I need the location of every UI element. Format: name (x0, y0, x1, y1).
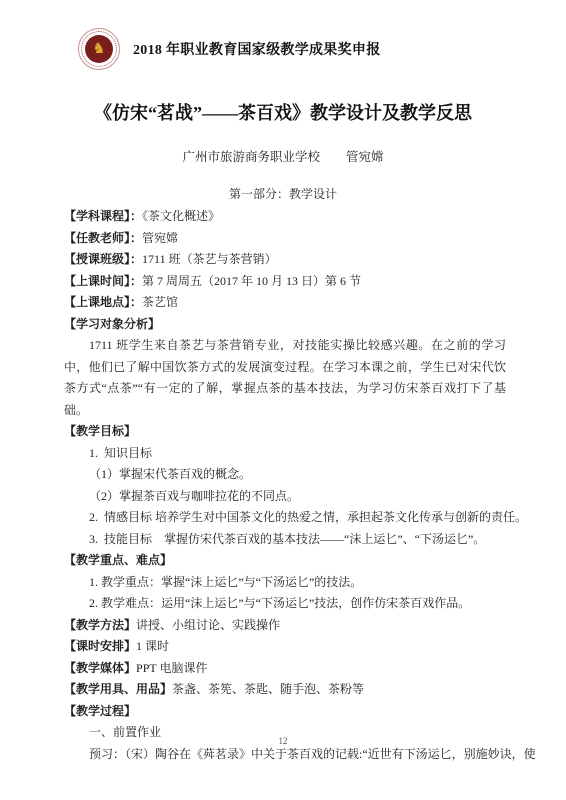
body-line: 【教学目标】 (64, 421, 506, 443)
bracket-label: 【课时安排】 (64, 639, 136, 653)
meta-line: 【上课地点】：茶艺馆 (64, 292, 506, 314)
analysis-paragraph: 1711 班学生来自茶艺与茶营销专业，对技能实操比较感兴趣。在之前的学习中，他们… (64, 335, 506, 421)
body-line: 【教学重点、难点】 (64, 550, 506, 572)
body-line: （2）掌握茶百戏与咖啡拉花的不同点。 (64, 486, 506, 508)
document-page: ♞ 2018 年职业教育国家级教学成果奖申报 《仿宋“茗战”——茶百戏》教学设计… (0, 0, 566, 800)
bracket-label: 【教学过程】 (64, 704, 136, 718)
page-number: 12 (0, 736, 566, 746)
line-text: 1. 知识目标 (89, 446, 152, 460)
line-text: 预习：（宋）陶谷在《荈茗录》中关于茶百戏的记载:“近世有下汤运匕，别施妙诀，使 (89, 747, 536, 761)
body-line: 【教学方法】讲授、小组讨论、实践操作 (64, 615, 506, 637)
line-text: 1711 班（茶艺与茶营销） (142, 252, 277, 266)
body-line: 预习：（宋）陶谷在《荈茗录》中关于茶百戏的记载:“近世有下汤运匕，别施妙诀，使 (64, 744, 506, 766)
line-text: 茶盏、茶筅、茶匙、随手泡、茶粉等 (172, 682, 364, 696)
line-text: 2. 情感目标 培养学生对中国茶文化的热爱之情，承担起茶文化传承与创新的责任。 (89, 510, 527, 524)
bracket-label: 【教学重点、难点】 (64, 553, 172, 567)
line-text: 茶艺馆 (142, 295, 178, 309)
bracket-label: 【任教老师】： (64, 231, 142, 245)
line-text: 第 7 周周五（2017 年 10 月 13 日）第 6 节 (142, 274, 361, 288)
body-line: （1）掌握宋代茶百戏的概念。 (64, 464, 506, 486)
page-header: ♞ 2018 年职业教育国家级教学成果奖申报 (78, 28, 381, 70)
line-text: 3. 技能目标 掌握仿宋代茶百戏的基本技法——“沫上运匕”、“下汤运匕”。 (89, 532, 485, 546)
body-line: 3. 技能目标 掌握仿宋代茶百戏的基本技法——“沫上运匕”、“下汤运匕”。 (64, 529, 506, 551)
body-line: 【教学用具、用品】茶盏、茶筅、茶匙、随手泡、茶粉等 (64, 679, 506, 701)
meta-line: 【上课时间】：第 7 周周五（2017 年 10 月 13 日）第 6 节 (64, 271, 506, 293)
body-line: 2. 教学难点：运用“沫上运匕”与“下汤运匕”技法，创作仿宋茶百戏作品。 (64, 593, 506, 615)
line-text: 讲授、小组讨论、实践操作 (136, 618, 280, 632)
body-line: 【教学过程】 (64, 701, 506, 723)
header-title: 2018 年职业教育国家级教学成果奖申报 (133, 39, 381, 59)
seal-ring (81, 31, 117, 67)
line-text: 《茶文化概述》 (142, 209, 220, 223)
bracket-label: 【教学目标】 (64, 424, 136, 438)
body-line: 【课时安排】1 课时 (64, 636, 506, 658)
meta-line: 【学科课程】：《茶文化概述》 (64, 206, 506, 228)
line-text: （2）掌握茶百戏与咖啡拉花的不同点。 (89, 489, 299, 503)
part-heading: 第一部分：教学设计 (0, 185, 566, 202)
meta-line: 【学习对象分析】 (64, 314, 506, 336)
body-line: 2. 情感目标 培养学生对中国茶文化的热爱之情，承担起茶文化传承与创新的责任。 (64, 507, 506, 529)
line-text: 2. 教学难点：运用“沫上运匕”与“下汤运匕”技法，创作仿宋茶百戏作品。 (89, 596, 470, 610)
bracket-label: 【授课班级】： (64, 252, 142, 266)
byline-school: 广州市旅游商务职业学校 (182, 150, 320, 164)
body-line: 1. 知识目标 (64, 443, 506, 465)
line-text: 管宛嫦 (142, 231, 178, 245)
school-seal-icon: ♞ (78, 28, 120, 70)
body-line: 【教学媒体】PPT 电脑课件 (64, 658, 506, 680)
line-text: PPT 电脑课件 (136, 661, 207, 675)
byline-author: 管宛嫦 (346, 150, 384, 164)
bracket-label: 【教学媒体】 (64, 661, 136, 675)
meta-line: 【授课班级】：1711 班（茶艺与茶营销） (64, 249, 506, 271)
meta-line: 【任教老师】：管宛嫦 (64, 228, 506, 250)
line-text: 1. 教学重点：掌握“沫上运匕”与“下汤运匕”的技法。 (89, 575, 362, 589)
line-text: 1 课时 (136, 639, 169, 653)
byline: 广州市旅游商务职业学校管宛嫦 (0, 147, 566, 165)
bracket-label: 【学习对象分析】 (64, 317, 160, 331)
bracket-label: 【上课时间】： (64, 274, 142, 288)
document-title: 《仿宋“茗战”——茶百戏》教学设计及教学反思 (0, 99, 566, 125)
line-text: （1）掌握宋代茶百戏的概念。 (89, 467, 251, 481)
bracket-label: 【教学用具、用品】 (64, 682, 172, 696)
body-line: 1. 教学重点：掌握“沫上运匕”与“下汤运匕”的技法。 (64, 572, 506, 594)
bracket-label: 【上课地点】： (64, 295, 142, 309)
bracket-label: 【教学方法】 (64, 618, 136, 632)
bracket-label: 【学科课程】： (64, 209, 142, 223)
document-body: 【学科课程】：《茶文化概述》 【任教老师】：管宛嫦 【授课班级】：1711 班（… (64, 206, 506, 765)
